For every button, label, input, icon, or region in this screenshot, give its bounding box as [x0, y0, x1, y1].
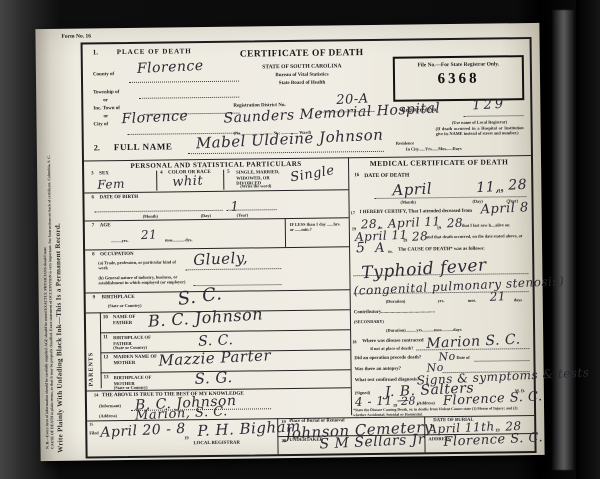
file-box-label: File No.—For State Registrar Only. [395, 61, 522, 69]
registered-entry: 129 [472, 97, 506, 114]
undertaker-address-entry: Florence S. C. [443, 430, 543, 450]
dod-number: 16 [354, 173, 359, 178]
township-line [139, 97, 239, 99]
age-number: 7 [92, 223, 95, 228]
dod-day-entry: 11, [476, 179, 500, 196]
autopsy-label: Was there an autopsy? [355, 367, 401, 373]
race-marital-divider [223, 170, 224, 190]
race-number: 4 [160, 171, 163, 176]
contracted-label-1: Where was disease contracted [362, 338, 423, 344]
operation-date-label: Date of [456, 355, 469, 361]
sex-label: SEX [99, 171, 109, 176]
certify-from-entry: April 8 [480, 200, 529, 217]
file-number-box: File No.—For State Registrar Only. 6368 [393, 55, 525, 102]
duration-mos-label: mos. [468, 298, 477, 303]
birthplace-label: BIRTHPLACE [102, 295, 135, 300]
age-ifless-label: IF LESS than 1 day ......hrs. or ......m… [290, 221, 342, 232]
dob-month-hint: (Month) [143, 214, 158, 220]
certify-line2: that I last saw h....alive on [462, 222, 510, 228]
age-entry: 21 [141, 227, 158, 242]
parents-label: PARENTS [88, 314, 95, 386]
burial-number: 19 [281, 419, 286, 424]
occupation-number: 8 [92, 252, 95, 257]
informant-address-label: (Address) [99, 413, 117, 419]
or-text-1: or [103, 98, 108, 103]
county-label: County of [93, 72, 114, 77]
background-shadow [576, 0, 600, 479]
birthplace-number: 9 [93, 295, 96, 300]
undertaker-label: UNDERTAKER [289, 438, 323, 443]
dob-year-line [227, 209, 277, 211]
marital-hint: (Write the word) [240, 183, 271, 189]
father-bp-entry: S. C. [198, 332, 234, 350]
race-entry: whit [172, 174, 204, 190]
certify-y2-printed: 19 [437, 225, 441, 230]
informant-number: 14 [94, 392, 99, 397]
filed-year-printed: 19 [184, 435, 188, 440]
parents-divider [100, 312, 102, 388]
father-number: 10 [103, 315, 108, 320]
filed-label: Filed [89, 430, 98, 435]
birthplace-hint: (State or Country) [108, 303, 142, 309]
dod-year-printed: 19 [498, 189, 503, 195]
age-ifless-divider [285, 218, 286, 247]
occupation-label: OCCUPATION [100, 252, 133, 257]
duration-days-label: days [514, 297, 522, 302]
hospital-note: (If death occurred in a Hospital or Inst… [436, 125, 524, 137]
mother-entry: Mazzie Parter [158, 346, 271, 369]
certificate-subtitle-state: STATE OF SOUTH CAROLINA [216, 63, 388, 71]
certify-line3: and that death occurred, on the date sta… [426, 233, 522, 240]
cause-intro-label: The CAUSE OF DEATH* was as follows: [398, 247, 485, 253]
filed-number: 15 [89, 421, 93, 426]
registered-line [463, 115, 523, 117]
operation-label: Did an operation precede death? [354, 355, 421, 361]
sex-race-divider [156, 171, 157, 191]
form-number: Form No. 16 [61, 33, 91, 39]
certify-number: 17 [351, 210, 355, 215]
inc-town-label: Inc. Town of [93, 106, 120, 111]
full-name-entry: Mabel Uldeine Johnson [195, 126, 383, 153]
mother-bp-number: 13 [104, 375, 109, 380]
duration-days-entry: 21 [489, 289, 506, 304]
certify-time-entry: 5 [356, 240, 366, 256]
secondary-label: (SECONDARY) [354, 319, 384, 325]
occupation-b-label: (b) General nature of industry, business… [98, 274, 188, 286]
column-divider [348, 157, 352, 415]
contracted-label-2: if not at place of death? [370, 346, 413, 352]
signed-address-label: (Address) [417, 400, 435, 406]
filed-date-entry: April 20 - 8 [100, 421, 186, 441]
county-entry: Florence [137, 58, 204, 77]
contributory-label: Contributory............................… [354, 309, 435, 315]
mother-number: 12 [103, 355, 108, 360]
duration2-line: (Duration)..........yrs...........mos...… [386, 327, 461, 333]
mother-bp-entry: S. G. [194, 368, 233, 388]
sex-number: 3 [91, 171, 94, 176]
section1-title: PLACE OF DEATH [117, 47, 192, 56]
certificate-subtitle-board: State Board of Health [216, 80, 388, 87]
or-text-2: or [103, 114, 108, 119]
age-label: AGE [100, 223, 111, 228]
dod-month-hint: (Month) [400, 199, 415, 205]
contracted-line [416, 348, 529, 350]
dob-day-hint: (Day) [201, 213, 211, 218]
dob-year-hint: (Year) [237, 213, 249, 218]
section1-number: 1. [93, 48, 98, 56]
age-mos-label: mos............dys. [165, 237, 193, 243]
city-entry: Florence [121, 108, 188, 127]
occupation-a-label: (a) Trade, profession, or particular kin… [98, 259, 182, 271]
marital-number: 5 [227, 170, 230, 175]
mother-label: MAIDEN NAME OF MOTHER [113, 355, 159, 368]
dod-year-entry: 28 [508, 177, 528, 194]
dob-label: DATE OF BIRTH [99, 195, 138, 200]
birthplace-entry: S. C. [176, 283, 223, 310]
sex-entry: Fem [97, 177, 125, 192]
father-bp-hint: (State or Country) [113, 345, 147, 351]
occupation-a-entry: Gluely, [193, 249, 249, 270]
dob-line [95, 210, 223, 213]
residence-label: Residence [396, 140, 414, 146]
residence-line: In City......Yrs......Mos......Days [406, 146, 462, 152]
township-label: Township of [93, 90, 119, 95]
file-number: 6368 [395, 70, 522, 89]
duration-yrs-label: yrs. [438, 298, 445, 303]
father-entry: B. C. Johnson [147, 304, 263, 330]
full-name-label: FULL NAME [114, 141, 173, 152]
operation-date-line [474, 360, 529, 362]
book-page-edge [552, 10, 574, 470]
certify-time-ampm-entry: A [375, 241, 386, 256]
city-label: City of [94, 122, 109, 127]
certify-line1: I HEREBY CERTIFY, That I attended deceas… [360, 209, 472, 215]
scanned-page: Write Plainly With Unfading Black Ink—Th… [0, 0, 600, 479]
father-bp-number: 11 [103, 335, 108, 340]
certify-y3-printed: 19 [403, 238, 407, 243]
dob-number: 6 [91, 195, 94, 200]
certificate-border: 1. PLACE OF DEATH County of Florence Tow… [81, 37, 537, 458]
death-certificate: Write Plainly With Unfading Black Ink—Th… [35, 23, 544, 461]
age-yrs-label: ..........yrs. [111, 238, 129, 244]
certificate-subtitle-bureau: Bureau of Vital Statistics [216, 72, 388, 79]
q18-number: 18 [352, 339, 356, 344]
father-label: NAME OF FATHER [113, 315, 151, 327]
margin-note-bold: Write Plainly With Unfading Black Ink—Th… [54, 223, 65, 453]
informant-label: (Informant) [99, 403, 121, 409]
dod-label: DATE OF DEATH [364, 173, 409, 180]
certificate-title: CERTIFICATE OF DEATH [216, 48, 388, 60]
section2-number: 2. [94, 143, 100, 152]
occupation-a-line [185, 268, 281, 270]
undertaker-number: 20 [281, 438, 286, 443]
medical-section-title: MEDICAL CERTIFICATE OF DEATH [350, 157, 528, 168]
certify-m-label: m. [388, 249, 393, 254]
duration-label: (Duration) [386, 299, 406, 305]
local-registrar-label: LOCAL REGISTRAR [193, 441, 240, 447]
